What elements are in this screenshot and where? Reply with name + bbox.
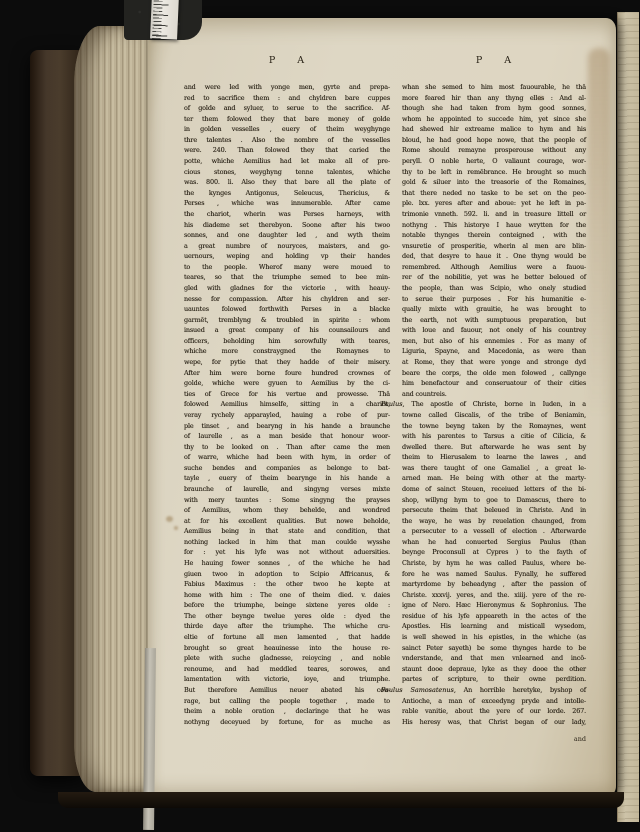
text-line: a great numbre of nouryces, maisters, an… [184,241,390,252]
text-line: with his parentes to Tarsus a citie of C… [402,431,586,442]
text-line: beynge Proconsull at Cypres ) to the fay… [402,547,586,558]
text-line: igne of Nero. Hæc Hieronymus & Sophroniu… [402,600,586,611]
text-line: red to sacrifice them : and chyldren bar… [184,93,390,104]
text-line: ties of Grece for his vertue and prowess… [184,389,390,400]
entry-headword: Paulus Samosatenus, [381,686,456,694]
text-line: Christe, by hym he was called Paulus, wh… [402,558,586,569]
text-line: the towne beyng taken by the Romaynes, w… [402,421,586,432]
text-line: giuen twoo in adoption to Scipio Affrica… [184,569,390,580]
text-line: officers, beholding him sorowfully with … [184,336,390,347]
text-line: uauntes folowed forthwith Perses in a bl… [184,304,390,315]
text-line: the kynges Antigonus, Seleucus, Thericiu… [184,188,390,199]
text-line: potte, whiche Aemilius had let make all … [184,156,390,167]
text-line: rable vanitie, about the yere of our lor… [402,706,586,717]
text-line: whom he appointed to succede him, yet si… [402,114,586,125]
text-line: staunt dooe depraue, lyke as they dooe t… [402,664,586,675]
text-line: thy to be left in remēbrance. He brought… [402,167,586,178]
text-line: brought so great heauinesse into the hou… [184,643,390,654]
text-line: beare the corps, the olde men folowed , … [402,368,586,379]
text-line: at for his excellent qualities. But nowe… [184,516,390,527]
text-line: to the people. Wherof many were moued to [184,262,390,273]
text-line: garmēt, tremblyng & troubled in spirite … [184,315,390,326]
text-line: home with him : The one of theim died. v… [184,590,390,601]
text-line: his diademe set therebyon. Soone after h… [184,220,390,231]
text-line: with mery tauntes : Some singyng the pra… [184,495,390,506]
text-line: to serue their purposes . For his humani… [402,294,586,305]
text-line: nothyng deceyued by fortune, for as much… [184,717,390,728]
text-line: residue of his lyfe appeareth in the act… [402,611,586,622]
text-line: vnsuretie of prosperitie, wherin al men … [402,241,586,252]
text-line: cious stones, weyghyng tenne talentes, w… [184,167,390,178]
text-line: theim to Hierusalem to learne the lawes … [402,452,586,463]
text-line: dwelled there. But afterwarde he was sen… [402,442,586,453]
text-line: thy to be looked on . Than after came th… [184,442,390,453]
running-head-right: P A [400,55,588,66]
text-line: the earth, not with sumptuous preparatio… [402,315,586,326]
next-page-edge [617,12,639,822]
text-line: the waye, he was by reuelation chaunged,… [402,516,586,527]
text-line: towne called Giscalis, of the tribe of B… [402,410,586,421]
text-line: ded, that desyre to haue it . One thyng … [402,251,586,262]
text-line: ter them folowed they that bare money of… [184,114,390,125]
text-line: tayle , euery of theim bearynge in his h… [184,473,390,484]
text-line: whan she semed to him most fauourable, h… [402,82,586,93]
text-line: was there taught of one Gamaliel , a gre… [402,463,586,474]
text-line: ple. lxx. yeres after and aboue: yet he … [402,198,586,209]
text-line: Paulus, The apostle of Christe, borne in… [381,399,586,410]
text-line: rage, but calling the people together , … [184,696,390,707]
text-line: gled with gladnes for the victorie , wit… [184,283,390,294]
text-line: theim a noble oration , declaringe that … [184,706,390,717]
text-line: that there neded no taske to be set on t… [402,188,586,199]
text-line: The other beynge twelue yeres olde : dye… [184,611,390,622]
text-line: Perses , whiche was innumerable. After c… [184,198,390,209]
text-line: before the triumphe, beinge sixtene yere… [184,600,390,611]
text-line: insued a great company of his counsailou… [184,325,390,336]
text-line: peryll. O noble herte, O valiaunt courag… [402,156,586,167]
text-line: martyrdome by beheadyng , after the pass… [402,579,586,590]
text-line: lamentation with victorie, ioye, and tri… [184,674,390,685]
text-line: teares, so that the triumphe semed to be… [184,272,390,283]
text-line: Christe. xxxvij. yeres, and the. xiiij. … [402,590,586,601]
text-line: more feared hir than any thyng elles : A… [402,93,586,104]
text-line: whan he had conuerted Sergius Paulus (th… [402,537,586,548]
book-bottom-edge [58,792,624,808]
text-line: of golde and syluer, to serue to the sac… [184,103,390,114]
text-line: qually mixte with grauitie, he was broug… [402,304,586,315]
text-line: was. 800. li. Also they that bare all th… [184,177,390,188]
text-line: in golden vesselles , euery of theim wey… [184,124,390,135]
text-line: sonnes, and one daughter led , and wyth … [184,230,390,241]
running-head-right-text: P A [476,55,512,66]
book-photograph: P A P A and were led with yonge men, gyr… [0,0,640,832]
text-line: with loue and fauour, not onely of his c… [402,325,586,336]
text-line: shop, willyng hym to goe to Damascus, th… [402,495,586,506]
text-line: remembred. Although Aemilius were a fauo… [402,262,586,273]
text-line: thirde daye after the triumphe. The whic… [184,621,390,632]
text-line: is well shewed in his epistles, in the w… [402,632,586,643]
text-line: trimonie vnneth. 592. li. and in treasur… [402,209,586,220]
text-line: a persecuter to a vessell of election . … [402,526,586,537]
text-line: bloud, he had good hope nowe, that the p… [402,135,586,146]
text-line: Rome should remayne prosperouse without … [402,145,586,156]
text-line: for : yet his lyfe was not without aduer… [184,547,390,558]
text-line: Aemilius being in that state and conditi… [184,526,390,537]
text-line: Fabius Maximus : the other twoo he kepte… [184,579,390,590]
text-line: whiche more constraygned the Romaynes to [184,346,390,357]
text-line: and countreis. [402,389,586,400]
text-line: golde, whiche were gyuen to Aemilius by … [184,378,390,389]
text-line: of laurelle , as a man beside that honou… [184,431,390,442]
text-line: persecute theim that beleued in Christe.… [402,505,586,516]
entry-headword: Paulus, [381,400,405,408]
text-line: He hauing fower sonnes , of the whiche h… [184,558,390,569]
text-line: though she had taken from hym good sonne… [402,103,586,114]
text-line: him benefactour and conseruatour of thei… [402,378,586,389]
text-line: suche bendes and companies as belonge to… [184,463,390,474]
text-line: plete with suche gladnesse, reioycing , … [184,653,390,664]
text-line: at Rome, they that were yonge and strong… [402,357,586,368]
text-line: nothing lacked in him that man coulde wy… [184,537,390,548]
text-line: of warre, whiche had been with hym, in o… [184,452,390,463]
ruler-top-fragment [150,0,179,40]
text-line: Apostles. His learning and misticall wys… [402,621,586,632]
text-line: partes of scripture, to their owne perdi… [402,674,586,685]
text-line: Liguria, Spayne, and Macedonia, as were … [402,346,586,357]
text-line: sainct Peter sayeth) be some thynges har… [402,643,586,654]
text-column-left: and were led with yonge men, gyrte and p… [184,82,390,727]
text-line: thre talentes . Also the nombre of the v… [184,135,390,146]
text-line: eltie of fortune all men lamented , that… [184,632,390,643]
damp-stain [588,48,610,418]
text-line: of Aemilius, whom they behelde, and wond… [184,505,390,516]
foxing-spot [174,526,178,530]
text-line: ple tinset , and bearyng in his hande a … [184,421,390,432]
text-line: arned man. He being with other at the ma… [402,473,586,484]
text-line: dome of sainct Steuen, receiued letters … [402,484,586,495]
text-line: men, but also of his ennemies . For as m… [402,336,586,347]
text-line: the people, than was Scipio, who onely s… [402,283,586,294]
text-line: nothyng . This historye I haue wrytten f… [402,220,586,231]
text-line: veray rychely apparayled, hauing a robe … [184,410,390,421]
text-line: the chariot, wherin was Perses harneys, … [184,209,390,220]
text-line: had shewed hir extreame malice to hym an… [402,124,586,135]
text-column-right: whan she semed to him most fauourable, h… [402,82,586,727]
text-line: folowed Aemilius himselfe, sitting in a … [184,399,390,410]
foxing-spot [166,516,173,522]
text-line: rer of the nobilitie, yet was he better … [402,272,586,283]
text-line: gold & siluer into the treasorie of the … [402,177,586,188]
running-head-left-text: P A [269,55,305,66]
book-page: P A P A and were led with yonge men, gyr… [148,18,616,796]
text-line: renoume, and had meddled teares, sorowes… [184,664,390,675]
text-line: His heresy was, that Christ began of our… [402,717,586,728]
text-line: wepe, for pytie that they hadde of their… [184,357,390,368]
text-line: notable thynges therein conteigned , wit… [402,230,586,241]
text-line: But therefore Aemilius neuer abated his … [184,685,390,696]
catchword: and [402,735,590,743]
running-head-left: P A [184,55,390,66]
text-line: nesse for compassion. After his chyldren… [184,294,390,305]
text-line: uernours, weping and holding vp their ha… [184,251,390,262]
text-line: vnderstande, and that men vnlearned and … [402,653,586,664]
text-line: were. 240. Than folowed they that caried… [184,145,390,156]
text-line: and were led with yonge men, gyrte and p… [184,82,390,93]
text-line: Antioche, a man of exceedyng pryde and i… [402,696,586,707]
text-line: After him were borne foure hundred crown… [184,368,390,379]
text-line: fore he was named Saulus. Fynally, he su… [402,569,586,580]
text-line: Paulus Samosatenus, An horrible heretyke… [381,685,586,696]
text-line: braunche of laurelle, and singyng verses… [184,484,390,495]
